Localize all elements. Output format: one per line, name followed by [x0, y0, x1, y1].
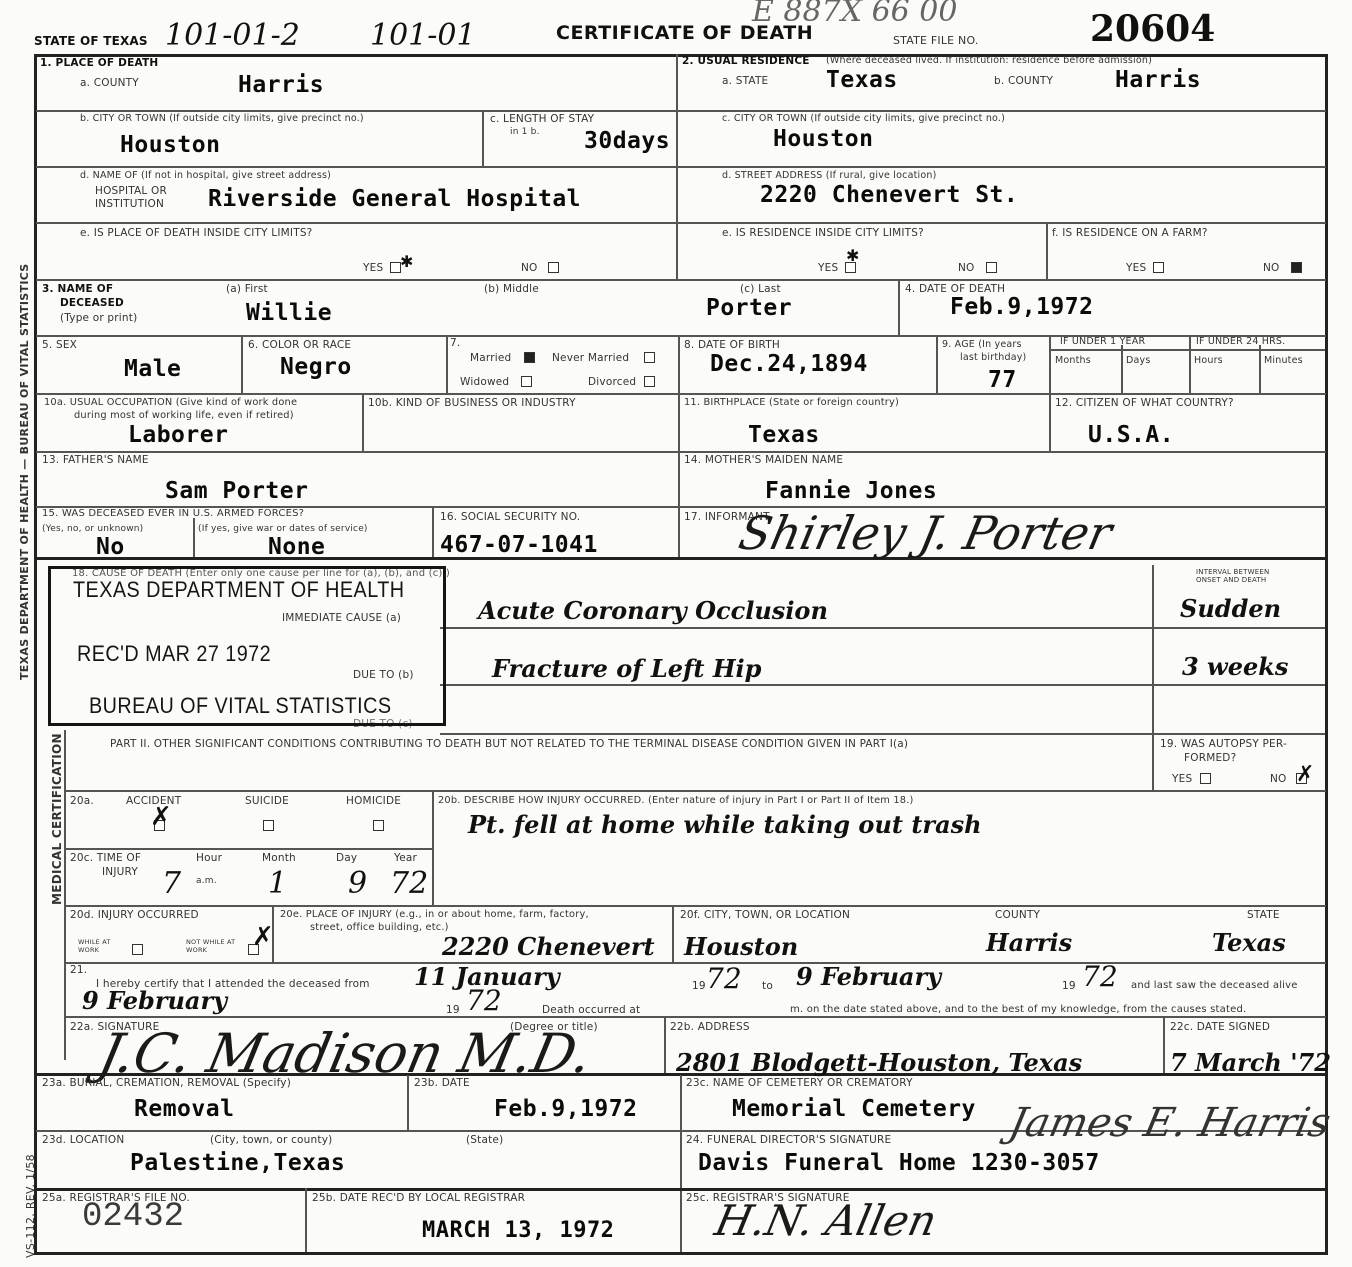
ssn-value: 467-07-1041: [440, 532, 598, 558]
residence-inside-no-checkbox[interactable]: [986, 262, 997, 273]
death-inside-city-no-label: NO: [521, 262, 538, 274]
armed-forces-label: 15. WAS DECEASED EVER IN U.S. ARMED FORC…: [42, 508, 304, 519]
date-signed-label: 22c. DATE SIGNED: [1170, 1021, 1270, 1033]
last-name-value: Porter: [706, 295, 792, 321]
address-label: 22b. ADDRESS: [670, 1021, 750, 1033]
farm-no-label: NO: [1263, 262, 1280, 274]
injury-county-value: Harris: [986, 928, 1072, 957]
mother-value: Fannie Jones: [765, 478, 937, 504]
place-of-injury-label-2: street, office building, etc.): [310, 922, 449, 933]
hours-label: Hours: [1194, 355, 1223, 366]
location-value: Palestine,Texas: [130, 1150, 345, 1176]
residence-street-value: 2220 Chenevert St.: [760, 182, 1018, 208]
citizen-label: 12. CITIZEN OF WHAT COUNTRY?: [1055, 397, 1234, 409]
mother-label: 14. MOTHER'S MAIDEN NAME: [684, 454, 843, 466]
handwritten-code-3: E 887X 66 00: [752, 0, 957, 29]
name-label-1: 3. NAME OF: [42, 283, 113, 295]
residence-street-label: d. STREET ADDRESS (If rural, give locati…: [722, 170, 937, 181]
time-of-injury-label-2: INJURY: [102, 866, 138, 878]
injury-city-value: Houston: [684, 932, 798, 961]
attended-to-value: 9 February: [796, 962, 941, 991]
armed-sub2: (If yes, give war or dates of service): [198, 524, 368, 534]
residence-city-value: Houston: [773, 126, 873, 152]
date-of-death-value: Feb.9,1972: [950, 294, 1093, 320]
hospital-value: Riverside General Hospital: [208, 186, 581, 212]
last-seen-year: 72: [466, 984, 502, 1017]
occupation-label-2: during most of working life, even if ret…: [74, 410, 294, 421]
never-married-checkbox[interactable]: [644, 352, 655, 363]
interval-label: INTERVAL BETWEEN ONSET AND DEATH: [1196, 568, 1291, 584]
dob-label: 8. DATE OF BIRTH: [684, 339, 780, 351]
while-at-work-label: WHILE AT WORK: [78, 938, 128, 954]
immediate-cause-value: Acute Coronary Occlusion: [478, 596, 828, 625]
death-city-value: Houston: [120, 132, 220, 158]
age-label-2: last birthday): [960, 352, 1026, 363]
under-year-label: IF UNDER 1 YEAR: [1060, 336, 1145, 347]
sex-value: Male: [124, 356, 181, 382]
location-label: 23d. LOCATION: [42, 1134, 124, 1146]
side-label-department: TEXAS DEPARTMENT OF HEALTH — BUREAU OF V…: [18, 263, 31, 680]
autopsy-no-label: NO: [1270, 773, 1287, 785]
burial-date-value: Feb.9,1972: [494, 1096, 637, 1122]
date-recd-label: 25b. DATE REC'D BY LOCAL REGISTRAR: [312, 1192, 525, 1204]
divorced-checkbox[interactable]: [644, 376, 655, 387]
dob-value: Dec.24,1894: [710, 351, 868, 377]
injury-state-value: Texas: [1212, 928, 1286, 957]
place-of-injury-value: 2220 Chenevert: [442, 932, 655, 961]
birthplace-value: Texas: [748, 422, 820, 448]
under-day-label: IF UNDER 24 HRS.: [1196, 336, 1285, 347]
certification-text-2: and last saw the deceased alive: [1131, 980, 1298, 991]
injury-how-value: Pt. fell at home while taking out trash: [468, 810, 982, 839]
hospital-label: d. NAME OF (If not in hospital, give str…: [80, 170, 331, 181]
funeral-director-value: Davis Funeral Home 1230-3057: [698, 1150, 1100, 1176]
autopsy-yes-label: YES: [1172, 773, 1192, 785]
cemetery-label: 23c. NAME OF CEMETERY OR CREMATORY: [686, 1077, 913, 1089]
injury-state-label: STATE: [1247, 909, 1280, 921]
physician-signature: J.C. Madison M.D.: [93, 1022, 597, 1085]
first-name-label: (a) First: [226, 283, 268, 295]
death-county-label: a. COUNTY: [80, 77, 139, 89]
widowed-checkbox[interactable]: [521, 376, 532, 387]
attended-to-year: 72: [1082, 960, 1118, 993]
residence-state-label: a. STATE: [722, 75, 768, 87]
location-state-label: (State): [466, 1134, 503, 1146]
place-of-injury-label-1: 20e. PLACE OF INJURY (e.g., in or about …: [280, 909, 589, 920]
certification-text-4: m. on the date stated above, and to the …: [790, 1004, 1246, 1015]
farm-yes-label: YES: [1126, 262, 1146, 274]
residence-state-value: Texas: [826, 67, 898, 93]
father-label: 13. FATHER'S NAME: [42, 454, 149, 466]
residence-county-value: Harris: [1115, 67, 1201, 93]
burial-date-label: 23b. DATE: [414, 1077, 470, 1089]
stamp-line-1: TEXAS DEPARTMENT OF HEALTH: [73, 577, 404, 603]
handwritten-code-1: 101-01-2: [165, 18, 300, 53]
married-checkbox[interactable]: [524, 352, 535, 363]
first-name-value: Willie: [246, 300, 332, 326]
injury-month-value: 1: [268, 866, 287, 901]
attended-from-year: 72: [706, 962, 742, 995]
location-city-label: (City, town, or county): [210, 1134, 332, 1146]
occupation-label-1: 10a. USUAL OCCUPATION (Give kind of work…: [44, 397, 297, 408]
marital-label: 7.: [450, 337, 460, 349]
autopsy-label-2: FORMED?: [1184, 752, 1236, 764]
death-inside-city-yes-label: YES: [363, 262, 383, 274]
father-value: Sam Porter: [165, 478, 308, 504]
hospital-sub1: HOSPITAL OR: [95, 185, 167, 197]
death-inside-city-label: e. IS PLACE OF DEATH INSIDE CITY LIMITS?: [80, 227, 312, 239]
residence-inside-city-label: e. IS RESIDENCE INSIDE CITY LIMITS?: [722, 227, 924, 239]
residence-city-label: c. CITY OR TOWN (If outside city limits,…: [722, 113, 1005, 124]
armed-dates-value: None: [268, 534, 325, 560]
to-label: to: [762, 980, 773, 992]
month-label: Month: [262, 852, 296, 864]
length-of-stay-value: 30days: [584, 128, 670, 154]
date-recd-value: MARCH 13, 1972: [422, 1218, 614, 1243]
hour-label: Hour: [196, 852, 222, 864]
registrar-signature: H.N. Allen: [711, 1196, 941, 1245]
injury-city-label: 20f. CITY, TOWN, OR LOCATION: [680, 909, 850, 921]
burial-label: 23a. BURIAL, CREMATION, REMOVAL (Specify…: [42, 1077, 291, 1089]
x-mark-icon: ✗: [1296, 762, 1314, 787]
hospital-sub2: INSTITUTION: [95, 198, 164, 210]
middle-name-label: (b) Middle: [484, 283, 539, 295]
homicide-checkbox[interactable]: [373, 820, 384, 831]
last-name-label: (c) Last: [740, 283, 781, 295]
months-label: Months: [1055, 355, 1091, 366]
widowed-label: Widowed: [460, 376, 509, 388]
address-value: 2801 Blodgett-Houston, Texas: [676, 1048, 1082, 1077]
divorced-label: Divorced: [588, 376, 636, 388]
due-to-b-interval-value: 3 weeks: [1182, 652, 1288, 681]
certification-number: 21.: [70, 964, 87, 976]
farm-no-checkbox[interactable]: [1291, 262, 1302, 273]
age-value: 77: [988, 367, 1017, 393]
stamp-line-3: BUREAU OF VITAL STATISTICS: [89, 693, 392, 719]
funeral-director-label: 24. FUNERAL DIRECTOR'S SIGNATURE: [686, 1134, 891, 1146]
to-nineteen: 19: [1062, 980, 1076, 992]
from-nineteen: 19: [692, 980, 706, 992]
place-of-death-label: 1. PLACE OF DEATH: [40, 57, 158, 69]
race-value: Negro: [280, 354, 352, 380]
death-county-value: Harris: [238, 72, 324, 98]
citizen-value: U.S.A.: [1088, 422, 1174, 448]
immediate-interval-value: Sudden: [1180, 594, 1281, 623]
checked-mark-icon: ✱: [400, 252, 413, 271]
residence-inside-yes-label: YES: [818, 262, 838, 274]
injury-county-label: COUNTY: [995, 909, 1040, 921]
never-married-label: Never Married: [552, 352, 629, 364]
injury-hour-value: 7: [162, 866, 181, 901]
time-of-injury-label-1: 20c. TIME OF: [70, 852, 141, 864]
x-mark-icon: ✗: [150, 802, 172, 832]
informant-signature: Shirley J. Porter: [734, 506, 1116, 560]
race-label: 6. COLOR OR RACE: [248, 339, 351, 351]
name-label-2: DECEASED: [60, 297, 124, 309]
married-label: Married: [470, 352, 511, 364]
name-label-3: (Type or print): [60, 312, 137, 324]
burial-value: Removal: [134, 1096, 234, 1122]
injury-how-label: 20b. DESCRIBE HOW INJURY OCCURRED. (Ente…: [438, 795, 914, 806]
due-to-b-value: Fracture of Left Hip: [492, 654, 761, 683]
farm-label: f. IS RESIDENCE ON A FARM?: [1052, 227, 1208, 239]
residence-county-label: b. COUNTY: [994, 75, 1053, 87]
suicide-label: SUICIDE: [245, 795, 289, 807]
handwritten-code-2: 101-01: [370, 18, 476, 53]
cemetery-value: Memorial Cemetery: [732, 1096, 976, 1122]
length-of-stay-sub: in 1 b.: [510, 127, 540, 137]
farm-yes-checkbox[interactable]: [1153, 262, 1164, 273]
injury-type-label: 20a.: [70, 795, 94, 807]
certification-text-3: Death occurred at: [542, 1004, 640, 1016]
while-at-work-checkbox[interactable]: [132, 944, 143, 955]
age-label-1: 9. AGE (In years: [942, 339, 1022, 350]
suicide-checkbox[interactable]: [263, 820, 274, 831]
days-label: Days: [1126, 355, 1151, 366]
autopsy-label-1: 19. WAS AUTOPSY PER-: [1160, 738, 1287, 750]
injury-year-value: 72: [390, 866, 428, 901]
day-label: Day: [336, 852, 357, 864]
injury-day-value: 9: [348, 866, 367, 901]
death-inside-city-no-checkbox[interactable]: [548, 262, 559, 273]
part2-label: PART II. OTHER SIGNIFICANT CONDITIONS CO…: [110, 738, 908, 750]
state-file-label: STATE FILE NO.: [893, 34, 979, 47]
side-label-medical: MEDICAL CERTIFICATION: [50, 733, 64, 905]
funeral-director-signature: James E. Harris: [1005, 1100, 1334, 1146]
homicide-label: HOMICIDE: [346, 795, 401, 807]
residence-label: 2. USUAL RESIDENCE: [682, 55, 810, 67]
birthplace-label: 11. BIRTHPLACE (State or foreign country…: [684, 397, 899, 408]
residence-inside-no-label: NO: [958, 262, 975, 274]
residence-note: (Where deceased lived. If institution: r…: [826, 55, 1152, 66]
injury-ampm: a.m.: [196, 876, 217, 886]
armed-sub1: (Yes, no, or unknown): [42, 524, 143, 534]
received-stamp: TEXAS DEPARTMENT OF HEALTH REC'D MAR 27 …: [48, 566, 446, 726]
autopsy-yes-checkbox[interactable]: [1200, 773, 1211, 784]
on-nineteen: 19: [446, 1004, 460, 1016]
state-file-number: 20604: [1090, 8, 1215, 50]
occupation-value: Laborer: [128, 422, 228, 448]
state-label: STATE OF TEXAS: [34, 34, 148, 48]
x-mark-icon: ✗: [252, 922, 274, 952]
sex-label: 5. SEX: [42, 339, 77, 351]
last-seen-value: 9 February: [82, 986, 227, 1015]
industry-label: 10b. KIND OF BUSINESS OR INDUSTRY: [368, 397, 576, 409]
date-signed-value: 7 March '72: [1170, 1048, 1331, 1077]
death-city-label: b. CITY OR TOWN (If outside city limits,…: [80, 113, 364, 124]
length-of-stay-label: c. LENGTH OF STAY: [490, 113, 594, 125]
stamp-line-2: REC'D MAR 27 1972: [77, 641, 271, 667]
ssn-label: 16. SOCIAL SECURITY NO.: [440, 511, 580, 523]
not-while-at-work-label: NOT WHILE AT WORK: [186, 938, 246, 954]
registrar-file-value: 02432: [82, 1198, 184, 1236]
year-label: Year: [394, 852, 417, 864]
minutes-label: Minutes: [1264, 355, 1303, 366]
injury-occurred-label: 20d. INJURY OCCURRED: [70, 909, 199, 921]
armed-value: No: [96, 534, 125, 560]
checked-mark-icon: ✱: [846, 246, 859, 265]
